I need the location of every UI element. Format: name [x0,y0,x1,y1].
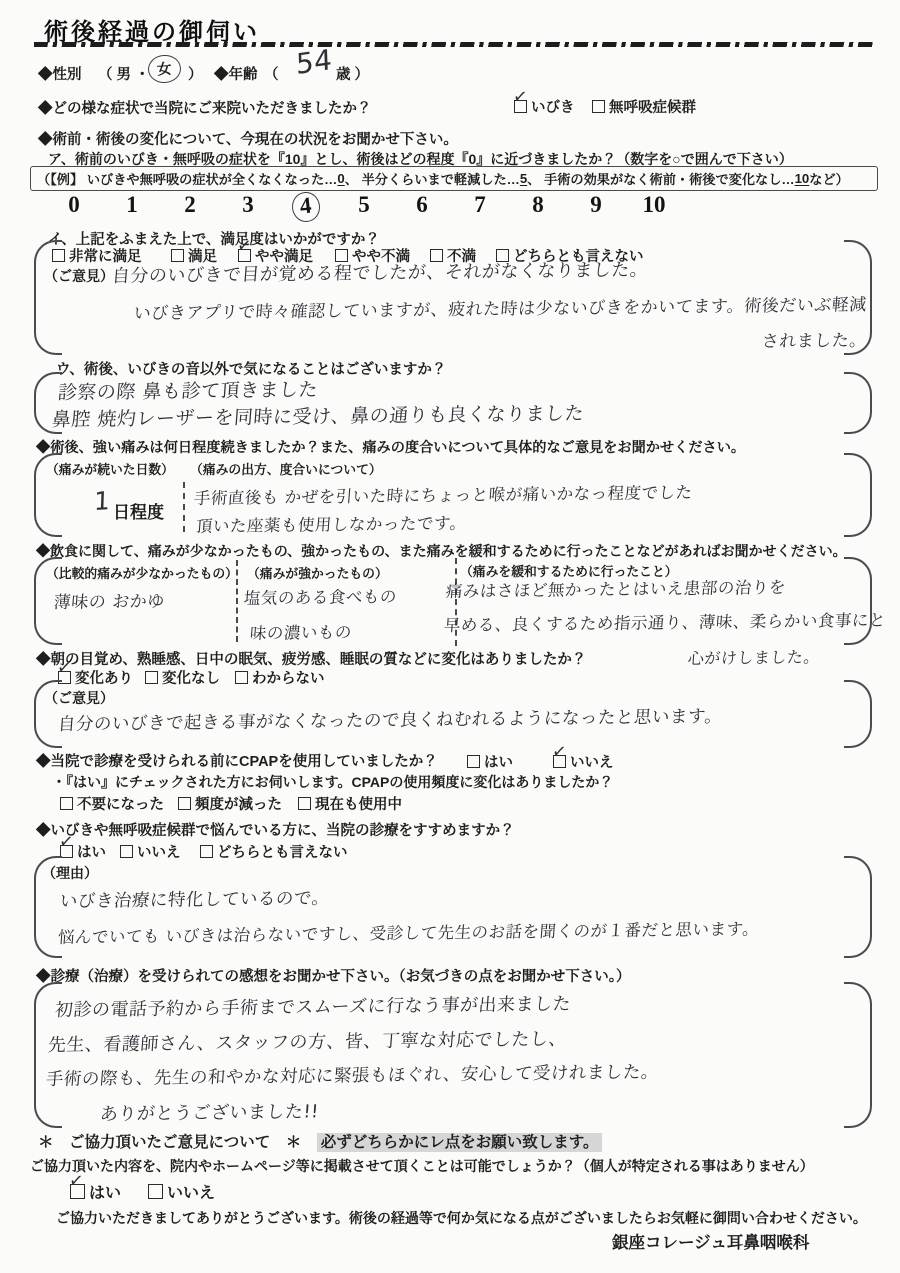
scale-number: 10 [625,192,683,222]
checkbox-label: はい [484,751,513,772]
footer-thanks: ご協力いただきましてありがとうございます。術後の経過等で何か気になる点がございま… [56,1208,867,1228]
pain-detail-label: （痛みの出方、度合いについて） [190,459,382,478]
scale-number: 5 [335,192,393,222]
diet-col2-label: （痛みが強かったもの） [247,563,388,582]
checkbox-label: 頻度が減った [195,793,282,814]
example-text: など） [809,169,849,188]
diet-col2-answer-line2: 味の濃いもの [249,619,353,644]
checkbox-cpap-yes: はい [467,751,513,772]
cpap-followup: ・『はい』にチェックされた方にお伺いします。CPAPの使用頻度に変化はありました… [52,772,613,792]
checkbox-apnea: 無呼吸症候群 [592,96,696,117]
checkbox-icon [171,249,184,262]
change-example-box: （【例】 いびきや無呼吸の症状が全くなくなった…0 、 半分くらいまで軽減した…… [30,166,878,191]
footer-note-prefix: ＊ ご協力頂いたご意見について ＊ [38,1134,317,1151]
scale-number: 7 [451,192,509,222]
reason-label: （理由） [42,863,98,883]
change-heading: ◆術前・術後の変化について、今現在の状況をお聞かせ下さい。 [38,128,458,149]
impressions-line1: 初診の電話予約から手術までスムーズに行なう事が出来ました [54,990,572,1022]
example-text: 、 手術の効果がなく術前・術後で変化なし… [527,169,794,188]
reason-line2: 悩んでいても いびきは治らないですし、受診して先生のお話を聞くのが１番だと思いま… [57,915,760,948]
scale-number: 8 [509,192,567,222]
age-label: ◆年齢 [214,63,258,84]
diet-col3-answer-overflow: 心がけしました。 [687,644,821,669]
check-icon [58,833,74,851]
satisfaction-comment-line3: されました。 [761,326,868,352]
reason-line1: いびき治療に特化しているので。 [59,885,331,913]
checkbox-icon [235,671,248,684]
check-icon [56,659,72,677]
checkbox-label: 無呼吸症候群 [609,96,696,117]
checkbox-icon [467,755,480,768]
concerns-line2: 鼻腔 焼灼レーザーを同時に受け、鼻の通りも良くなりました [51,398,585,432]
satisfaction-comment-line1: 自分のいびきで目が覚める程でしたが、それがなくなりました。 [111,255,649,288]
pain-days-value: 1 [93,486,110,516]
scale-number: 1 [103,192,161,222]
checkbox-icon [178,797,191,810]
scale-number: 3 [219,192,277,222]
concerns-line1: 診察の際 鼻も診て頂きました [57,375,319,405]
impressions-line4: ありがとうございました!! [99,1097,320,1126]
checkbox-snoring: いびき [514,96,575,117]
checkbox-label: いいえ [570,751,614,772]
checkbox-icon [514,100,527,113]
diet-col1-answer: 薄味の おかゆ [53,587,166,613]
checkbox-cpap-unneeded: 不要になった [60,793,164,814]
pain-detail-line2: 頂いた座薬も使用しなかったです。 [195,510,467,537]
pain-column-divider [183,482,185,532]
example-text: （【例】 いびきや無呼吸の症状が全くなくなった… [37,169,337,188]
checkbox-cpap-no: いいえ [553,751,614,772]
check-icon [236,237,252,255]
checkbox-cpap-still-using: 現在も使用中 [298,793,402,814]
clinic-name: 銀座コレージュ耳鼻咽喉科 [612,1229,809,1253]
checkbox-change-no: 変化なし [145,667,220,688]
age-close-paren: 歳 ） [336,63,369,84]
checkbox-icon [60,845,73,858]
checkbox-icon [298,797,311,810]
footer-note-highlight: 必ずどちらかにレ点をお願い致します。 [317,1133,603,1152]
checkbox-label: いびき [531,96,575,117]
gender-options-open: （ 男 ・ [98,63,150,84]
checkbox-icon [148,1184,163,1199]
checkbox-icon [120,845,133,858]
checkbox-label: いいえ [167,1180,215,1203]
dashed-divider [34,42,876,47]
checkbox-recommend-yes: はい [60,841,106,862]
publish-question: ご協力頂いた内容を、院内やホームページ等に掲載させて頂くことは可能でしょうか？（… [30,1156,814,1176]
age-handwritten-value: 54 [295,43,332,81]
checkbox-label: はい [77,841,106,862]
example-value-5: 5 [520,171,527,186]
scale-number: 9 [567,192,625,222]
scanned-survey-form: 術後経過の御伺い ◆性別 （ 男 ・ 女 ） ◆年齢 （ 54 歳 ） ◆どの様… [0,0,900,1273]
comment-label: （ご意見） [44,688,114,708]
pain-days-label: （痛みが続いた日数） [46,459,174,478]
checkbox-label: わからない [252,667,325,688]
impressions-heading: ◆診療（治療）を受けられての感想をお聞かせ下さい。（お気づきの点をお聞かせ下さい… [36,965,631,986]
diet-col1-label: （比較的痛みが少なかったもの） [46,563,238,582]
checkbox-recommend-neither: どちらとも言えない [200,841,348,862]
gender-selected-circle: 女 [148,55,181,83]
check-icon [512,88,528,106]
checkbox-label: 変化なし [162,667,220,688]
satisfaction-comment-line2: いびきアプリで時々確認していますが、疲れた時は少ないびきをかいてます。術後だいぶ… [133,290,868,324]
checkbox-icon [553,755,566,768]
scale-number-circled: 4 [277,192,335,222]
age-open-paren: （ [264,63,279,84]
severity-scale: 0 1 2 3 4 5 6 7 8 9 10 [45,192,683,222]
footer-note: ＊ ご協力頂いたご意見について ＊ 必ずどちらかにレ点をお願い致します。 [38,1130,602,1152]
comment-label: （ご意見） [44,266,114,286]
scale-number: 2 [161,192,219,222]
pain-heading: ◆術後、強い痛みは何日程度続きましたか？また、痛みの度合いについて具体的なご意見… [36,437,745,457]
checkbox-label: いいえ [137,841,181,862]
example-value-10: 10 [795,171,810,186]
example-value-0: 0 [337,171,344,186]
impressions-line3: 手術の際も、先生の和やかな対応に緊張もほぐれ、安心して受けれました。 [45,1058,660,1091]
checkbox-publish-yes: はい [70,1180,121,1203]
sleep-heading: ◆朝の目覚め、熟睡感、日中の眠気、疲労感、睡眠の質などに変化はありましたか？ [36,648,586,669]
recommend-question: ◆いびきや無呼吸症候群で悩んでいる方に、当院の診療をすすめますか？ [36,819,515,840]
check-icon [551,743,567,761]
gender-label: ◆性別 [38,63,82,84]
pain-detail-line1: 手術直後も かぜを引いた時にちょっと喉が痛いかなっ程度でした [193,479,694,509]
checkbox-label: 変化あり [75,667,133,688]
checkbox-label: 不要になった [77,793,164,814]
example-text: 、 半分くらいまで軽減した… [345,169,520,188]
checkbox-icon [145,671,158,684]
gender-options-close: ） [188,63,203,84]
checkbox-icon [60,797,73,810]
checkbox-publish-no: いいえ [148,1180,215,1203]
checkbox-icon [58,671,71,684]
checkbox-icon [200,845,213,858]
checkbox-icon [592,100,605,113]
sleep-comment: 自分のいびきで起きる事がなくなったので良くねむれるようになったと思います。 [57,703,723,736]
scale-number: 6 [393,192,451,222]
diet-col2-answer-line1: 塩気のある食べもの [243,583,398,609]
diet-col3-answer-line2: 早める、良くするため指示通り、薄味、柔らかい食事にと [443,607,887,636]
check-icon [68,1172,84,1190]
checkbox-label: 現在も使用中 [315,793,402,814]
cpap-question: ◆当院で診療を受けられる前にCPAPを使用していましたか？ [36,750,438,771]
pain-days-unit: 日程度 [113,498,164,523]
checkbox-recommend-no: いいえ [120,841,181,862]
impressions-line2: 先生、看護師さん、スタッフの方、皆、丁寧な対応でしたし、 [47,1025,568,1057]
symptom-question: ◆どの様な症状で当院にご来院いただきましたか？ [38,97,372,118]
checkbox-icon [70,1184,85,1199]
checkbox-label: どちらとも言えない [217,841,348,862]
checkbox-icon [52,249,65,262]
checkbox-cpap-reduced: 頻度が減った [178,793,282,814]
checkbox-change-unknown: わからない [235,667,325,688]
diet-heading: ◆飲食に関して、痛みが少なかったもの、強かったもの、また痛みを緩和するために行っ… [36,541,847,561]
checkbox-label: はい [89,1180,121,1203]
diet-col3-answer-line1: 痛みはさほど無かったとはいえ患部の治りを [445,574,787,602]
scale-number: 0 [45,192,103,222]
gender-selected-value: 女 [147,54,181,84]
checkbox-change-yes: 変化あり [58,667,133,688]
